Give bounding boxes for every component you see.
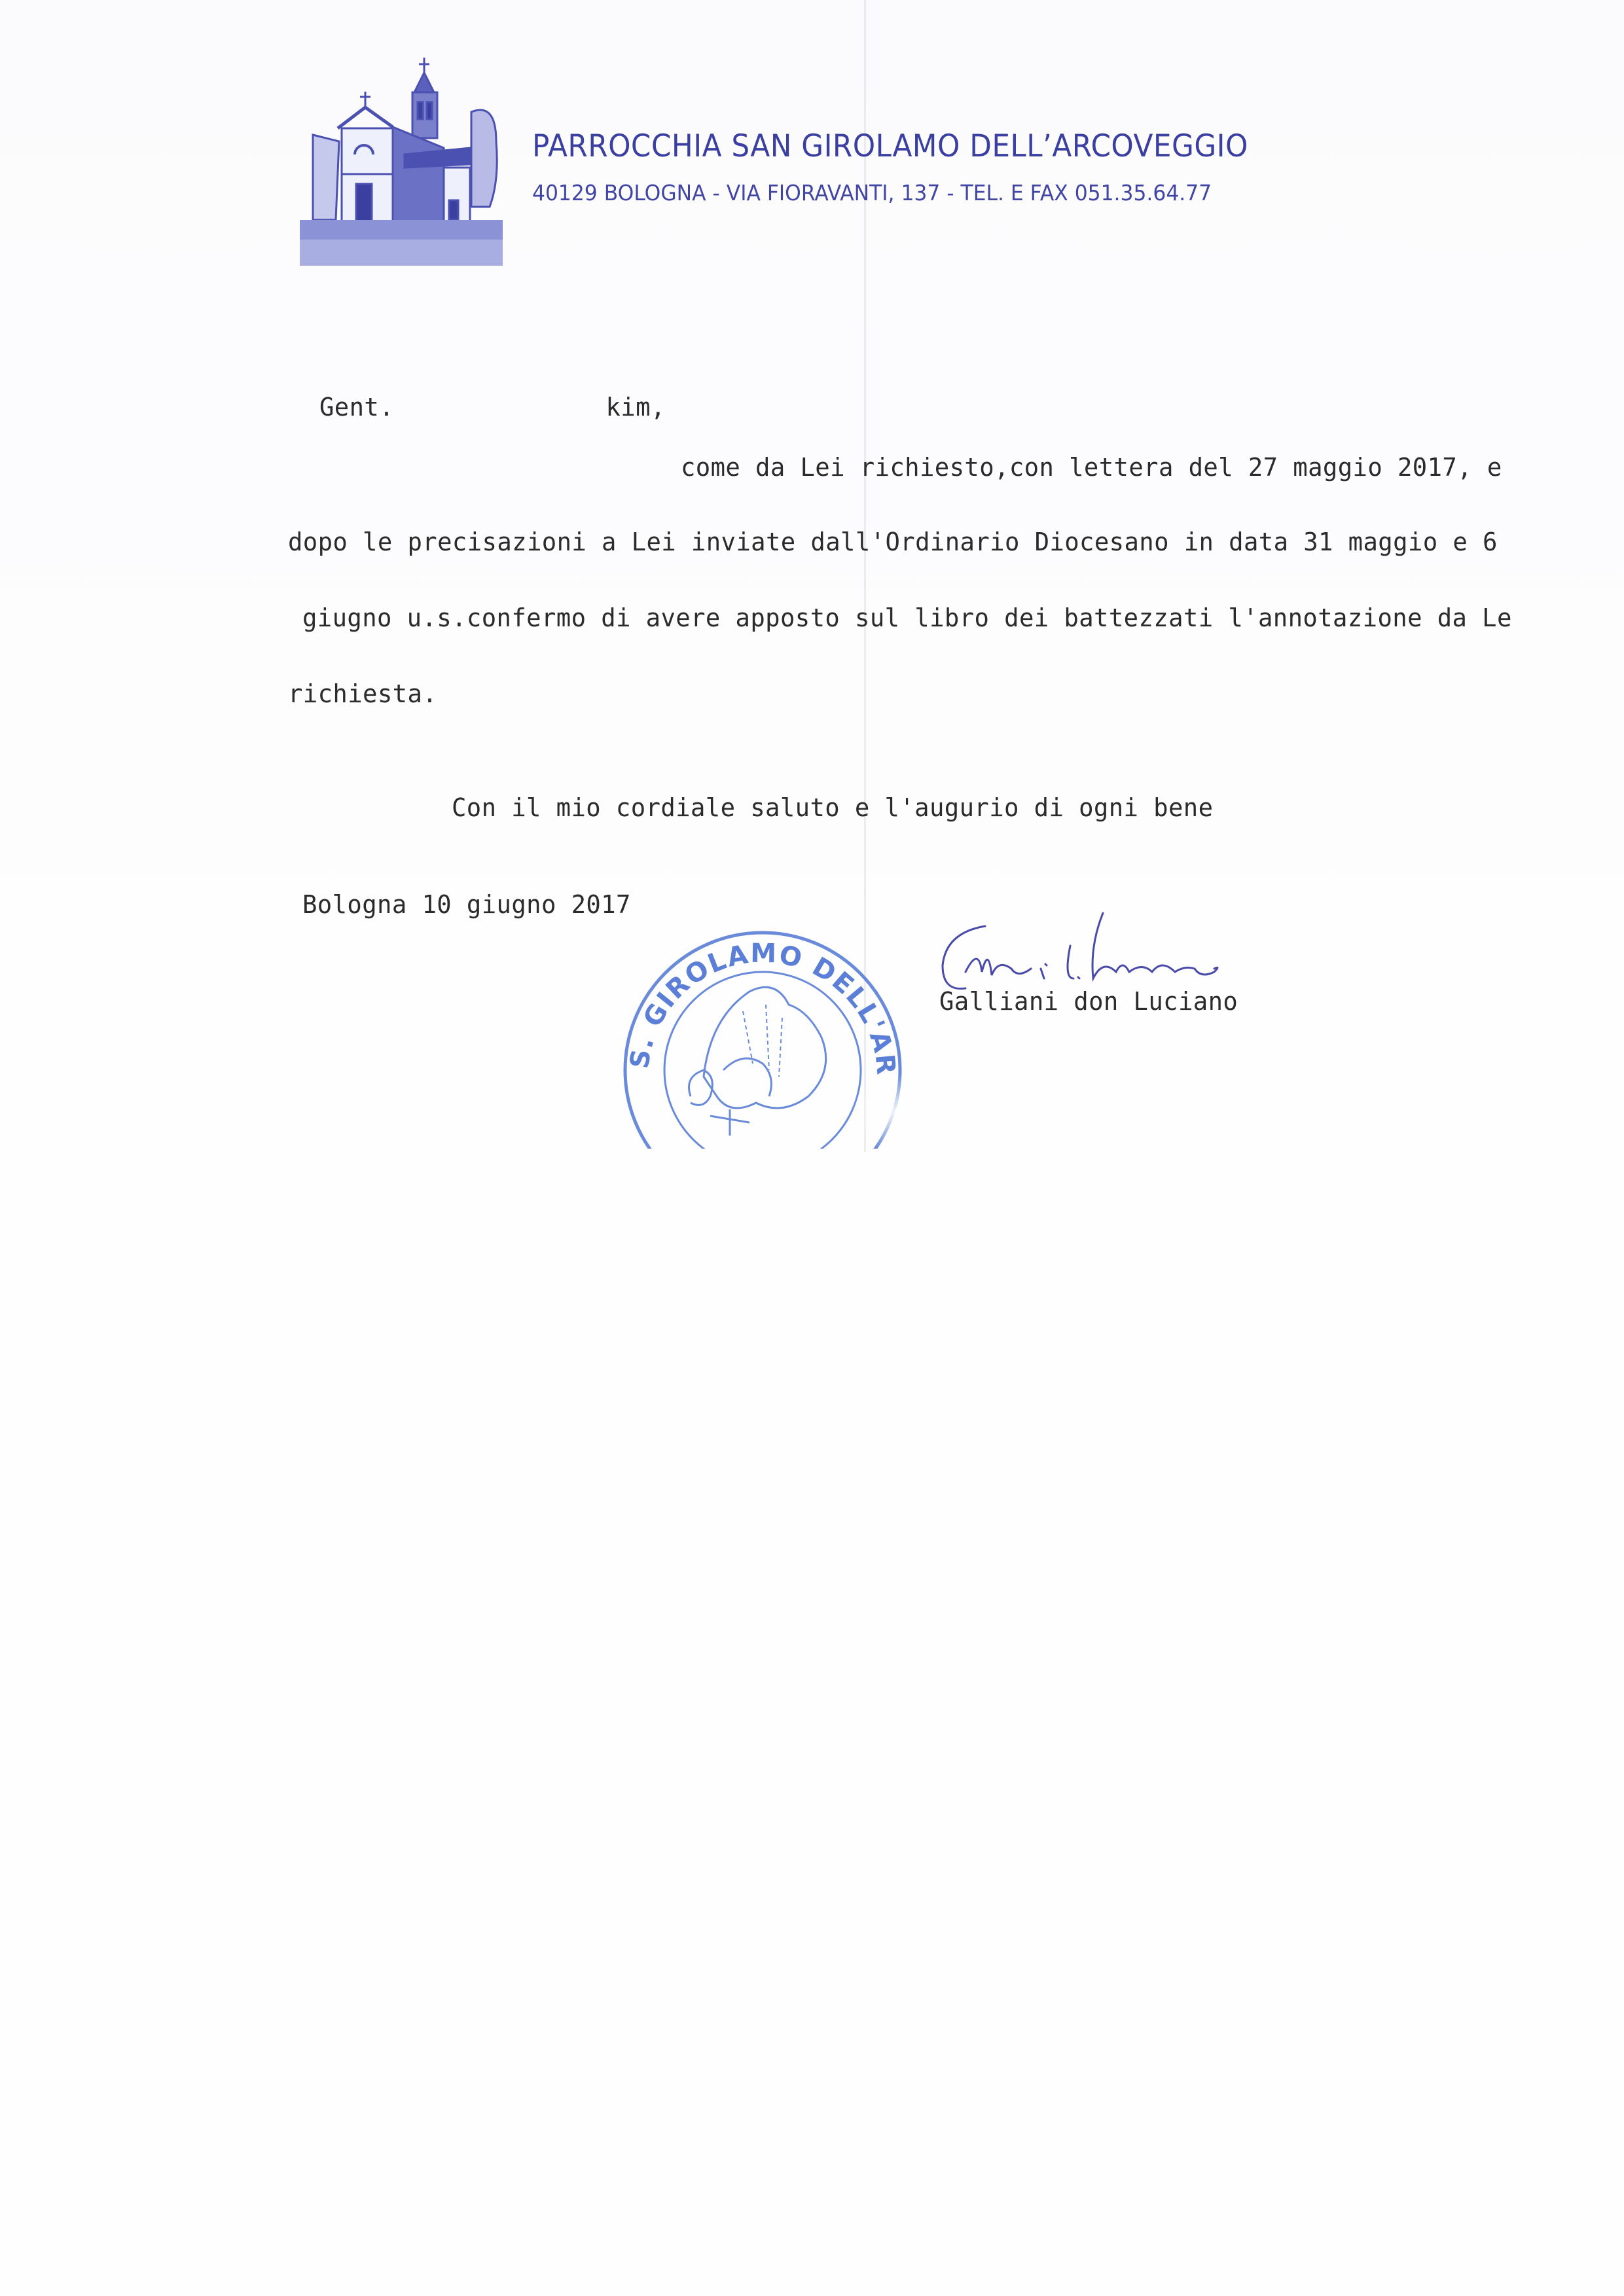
greeting-prefix: Gent. [319, 393, 394, 422]
body-line-3: giugno u.s.confermo di avere apposto sul… [302, 603, 1512, 632]
letter-page: PARROCCHIA SAN GIROLAMO DELL’ARCOVEGGIO … [0, 0, 1624, 2296]
body-line-4: richiesta. [288, 679, 437, 708]
church-drawing-icon [300, 50, 503, 266]
greeting: Gent.kim, [319, 393, 666, 422]
body-line-1: come da Lei richiesto,con lettera del 27… [681, 453, 1502, 482]
stamp-fade [851, 1073, 943, 1152]
greeting-suffix: kim, [605, 393, 665, 422]
signatory-name: Galliani don Luciano [939, 987, 1238, 1016]
parish-name: PARROCCHIA SAN GIROLAMO DELL’ARCOVEGGIO [532, 128, 1248, 164]
parish-address: 40129 BOLOGNA - VIA FIORAVANTI, 137 - TE… [532, 180, 1212, 206]
body-line-2: dopo le precisazioni a Lei inviate dall'… [288, 528, 1498, 556]
closing-line: Con il mio cordiale saluto e l'augurio d… [452, 793, 1213, 822]
place-and-date: Bologna 10 giugno 2017 [302, 890, 631, 919]
